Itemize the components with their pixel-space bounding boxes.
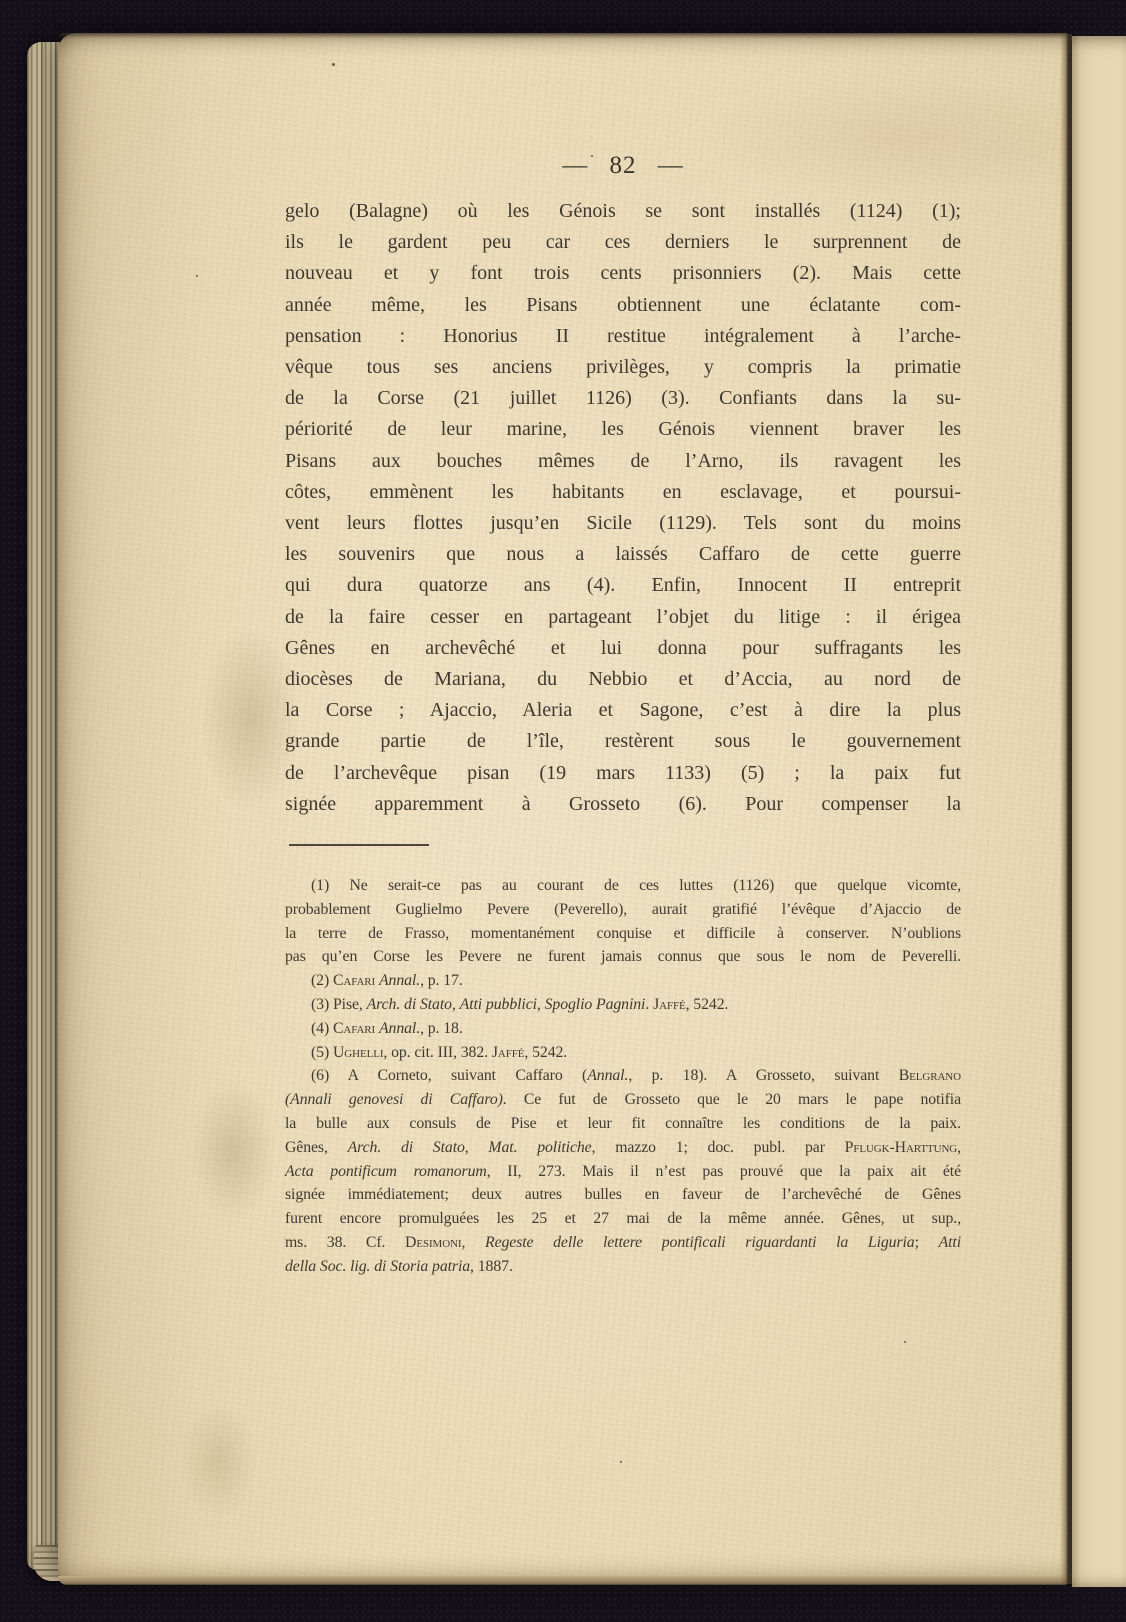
footnotes: (1) Ne serait-ce pas au courant de ces l… <box>285 874 961 1279</box>
body-line: périorité de leur marine, les Génois vie… <box>285 414 961 445</box>
text: , mazzo 1; doc. publ. par <box>592 1139 845 1156</box>
text: , <box>461 1234 485 1251</box>
italic-text: Atti <box>939 1234 961 1251</box>
italic-text: Acta pontificum romanorum <box>285 1163 487 1180</box>
page-number: — 82 — <box>285 152 961 180</box>
footnote-line: (3) Pise, Arch. di Stato, Atti pubblici,… <box>285 993 961 1017</box>
text: , 5242. <box>524 1044 567 1061</box>
smallcaps-text: Belgrano <box>899 1067 961 1084</box>
text: (6) A Corneto, suivant Caffaro ( <box>311 1067 587 1084</box>
italic-text: della Soc. lig. di Storia patria <box>285 1258 470 1275</box>
footnote-line: la bulle aux consuls de Pise et leur fit… <box>285 1112 961 1136</box>
text: , 5242. <box>686 996 729 1013</box>
text: la bulle aux consuls de Pise et leur fit… <box>285 1115 961 1132</box>
body-line: de la faire cesser en partageant l’objet… <box>285 602 961 633</box>
body-line: qui dura quatorze ans (4). Enfin, Innoce… <box>285 570 961 601</box>
text: (5) <box>311 1044 333 1061</box>
footnote-line: pas qu’en Corse les Pevere ne furent jam… <box>285 945 961 969</box>
italic-text: Annal. <box>587 1067 628 1084</box>
ink-speck <box>904 1341 906 1343</box>
footnote-line: (6) A Corneto, suivant Caffaro (Annal., … <box>285 1064 961 1088</box>
text: , <box>465 1139 489 1156</box>
smallcaps-text: Pflugk-Harttung <box>845 1139 958 1156</box>
body-line: la Corse ; Ajaccio, Aleria et Sagone, c’… <box>285 695 961 726</box>
italic-text: Mat. politiche <box>488 1139 591 1156</box>
body-line: de l’archevêque pisan (19 mars 1133) (5)… <box>285 758 961 789</box>
text: (2) <box>311 972 333 989</box>
text: , 1887. <box>470 1258 513 1275</box>
footnote-line: (Annali genovesi di Caffaro). Ce fut de … <box>285 1088 961 1112</box>
smallcaps-text: Ughelli <box>333 1044 383 1061</box>
paper-stain <box>190 1081 276 1221</box>
body-line: de la Corse (21 juillet 1126) (3). Confi… <box>285 383 961 414</box>
body-line: Pisans aux bouches mêmes de l’Arno, ils … <box>285 446 961 477</box>
text: (1) Ne serait-ce pas au courant de ces l… <box>311 877 961 894</box>
smallcaps-text: Cafari <box>333 972 375 989</box>
text: . <box>645 996 653 1013</box>
footnote-line: (2) Cafari Annal., p. 17. <box>285 969 961 993</box>
text: ms. 38. Cf. <box>285 1234 405 1251</box>
ink-speck <box>620 1461 622 1463</box>
text: ; <box>915 1234 939 1251</box>
footnote-line: ms. 38. Cf. Desimoni, Regeste delle lett… <box>285 1231 961 1255</box>
text: signée immédiatement; deux autres bulles… <box>285 1186 961 1203</box>
text: probablement Guglielmo Pevere (Peverello… <box>285 901 961 918</box>
text: furent encore promulguées les 25 et 27 m… <box>285 1210 961 1227</box>
text: , p. 18. <box>420 1020 463 1037</box>
body-line: signée apparemment à Grosseto (6). Pour … <box>285 789 961 820</box>
body-line: année même, les Pisans obtiennent une éc… <box>285 290 961 321</box>
footnote-line: furent encore promulguées les 25 et 27 m… <box>285 1207 961 1231</box>
text: , p. 17. <box>420 972 463 989</box>
body-line: grande partie de l’île, restèrent sous l… <box>285 726 961 757</box>
text: (4) <box>311 1020 333 1037</box>
facing-page-edge <box>1072 36 1126 1587</box>
text: , <box>452 996 460 1013</box>
footnote-line: signée immédiatement; deux autres bulles… <box>285 1183 961 1207</box>
italic-text: Regeste delle lettere pontificali riguar… <box>485 1234 915 1251</box>
scanned-book-photo: — 82 — gelo (Balagne) où les Génois se s… <box>0 0 1126 1622</box>
page-content: — 82 — gelo (Balagne) où les Génois se s… <box>285 152 961 1279</box>
body-line: Gênes en archevêché et lui donna pour su… <box>285 633 961 664</box>
italic-text: Arch. di Stato <box>367 996 452 1013</box>
text: , <box>957 1139 961 1156</box>
body-line: vent leurs flottes jusqu’en Sicile (1129… <box>285 508 961 539</box>
text: . Ce fut de Grosseto que le 20 mars le p… <box>503 1091 961 1108</box>
text: Gênes, <box>285 1139 348 1156</box>
footnote-line: (1) Ne serait-ce pas au courant de ces l… <box>285 874 961 898</box>
italic-text: Annal. <box>379 1020 420 1037</box>
footnote-line: della Soc. lig. di Storia patria, 1887. <box>285 1255 961 1279</box>
footnote-line: (4) Cafari Annal., p. 18. <box>285 1017 961 1041</box>
footnote-line: (5) Ughelli, op. cit. III, 382. Jaffé, 5… <box>285 1041 961 1065</box>
footnote-separator-rule <box>289 844 429 846</box>
footnote-line: Gênes, Arch. di Stato, Mat. politiche, m… <box>285 1136 961 1160</box>
italic-text: (Annali genovesi di Caffaro) <box>285 1091 503 1108</box>
footnote-line: Acta pontificum romanorum, II, 273. Mais… <box>285 1160 961 1184</box>
book-gutter-crease <box>1060 34 1072 1584</box>
italic-text: Spoglio Pagnini <box>545 996 646 1013</box>
text: (3) Pise, <box>311 996 367 1013</box>
smallcaps-text: Cafari <box>333 1020 375 1037</box>
body-line: vêque tous ses anciens privilèges, y com… <box>285 352 961 383</box>
footnote-line: probablement Guglielmo Pevere (Peverello… <box>285 898 961 922</box>
footnote-line: la terre de Frasso, momentanément conqui… <box>285 922 961 946</box>
italic-text: Annal. <box>379 972 420 989</box>
text: , p. 18). A Grosseto, suivant <box>628 1067 898 1084</box>
paper-stain <box>180 1401 258 1521</box>
body-line: côtes, emmènent les habitants en esclava… <box>285 477 961 508</box>
body-line: diocèses de Mariana, du Nebbio et d’Acci… <box>285 664 961 695</box>
body-line: nouveau et y font trois cents prisonnier… <box>285 258 961 289</box>
body-line: ils le gardent peu car ces derniers le s… <box>285 227 961 258</box>
smallcaps-text: Desimoni <box>405 1234 461 1251</box>
text: la terre de Frasso, momentanément conqui… <box>285 925 961 942</box>
body-line: les souvenirs que nous a laissés Caffaro… <box>285 539 961 570</box>
smallcaps-text: Jaffé <box>492 1044 525 1061</box>
body-line: gelo (Balagne) où les Génois se sont ins… <box>285 196 961 227</box>
body-line: pensation : Honorius II restitue intégra… <box>285 321 961 352</box>
ink-speck <box>332 63 335 66</box>
text: , II, 273. Mais il n’est pas prouvé que … <box>487 1163 961 1180</box>
italic-text: Arch. di Stato <box>348 1139 465 1156</box>
text: pas qu’en Corse les Pevere ne furent jam… <box>285 948 961 965</box>
body-text: gelo (Balagne) où les Génois se sont ins… <box>285 196 961 820</box>
text: , op. cit. III, 382. <box>383 1044 491 1061</box>
ink-speck <box>196 275 198 277</box>
italic-text: Atti pubblici <box>460 996 537 1013</box>
text: , <box>537 996 545 1013</box>
smallcaps-text: Jaffé <box>653 996 686 1013</box>
